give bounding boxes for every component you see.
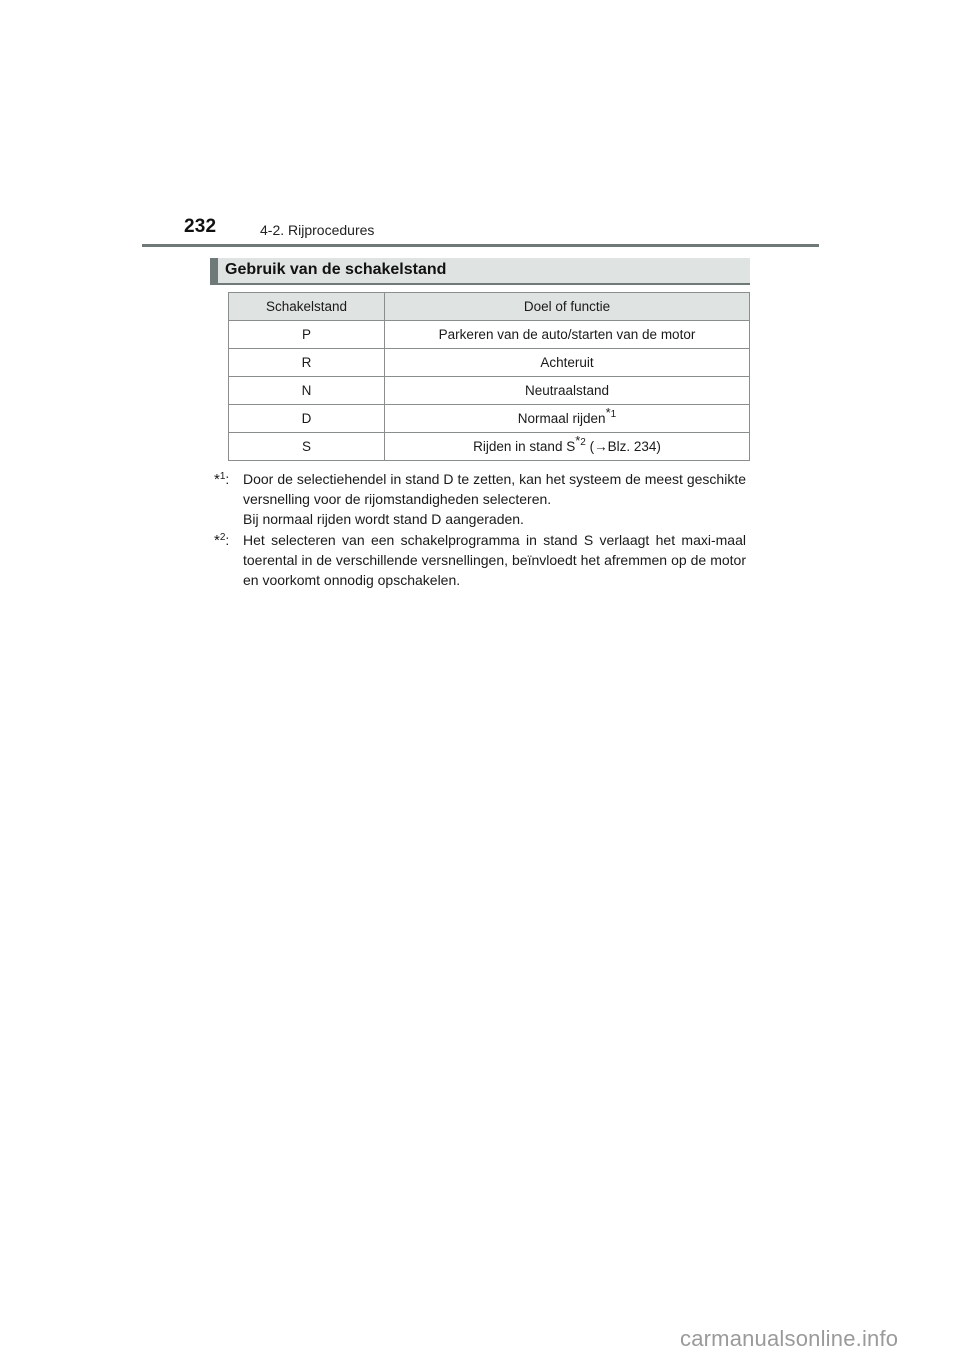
function-text: Neutraalstand xyxy=(525,383,609,398)
shift-position-cell: P xyxy=(229,321,385,349)
table-row: SRijden in stand S*2 (→Blz. 234) xyxy=(229,433,750,461)
shift-position-cell: R xyxy=(229,349,385,377)
header-divider xyxy=(142,244,819,247)
column-header-function: Doel of functie xyxy=(385,293,750,321)
function-text: Normaal rijden xyxy=(518,411,606,426)
shift-position-cell: D xyxy=(229,405,385,433)
footnote-text: Door de selectiehendel in stand D te zet… xyxy=(243,469,746,509)
watermark-link[interactable]: carmanualsonline.info xyxy=(680,1326,898,1352)
footnote-marker: *2: xyxy=(214,530,229,551)
page-reference: (→Blz. 234) xyxy=(586,439,661,454)
function-cell: Neutraalstand xyxy=(385,377,750,405)
table-header-row: Schakelstand Doel of functie xyxy=(229,293,750,321)
function-text: Achteruit xyxy=(540,355,593,370)
table-row: NNeutraalstand xyxy=(229,377,750,405)
function-cell: Parkeren van de auto/starten van de moto… xyxy=(385,321,750,349)
footnote-text: Het selecteren van een schakelprogramma … xyxy=(243,530,746,590)
shift-position-cell: N xyxy=(229,377,385,405)
footnote-1: *1: Door de selectiehendel in stand D te… xyxy=(214,469,746,529)
section-heading-bar: Gebruik van de schakelstand xyxy=(210,258,750,285)
table-row: RAchteruit xyxy=(229,349,750,377)
footnote-text: Bij normaal rijden wordt stand D aangera… xyxy=(243,509,746,529)
table-row: PParkeren van de auto/starten van de mot… xyxy=(229,321,750,349)
column-header-position: Schakelstand xyxy=(229,293,385,321)
table-row: DNormaal rijden*1 xyxy=(229,405,750,433)
function-text: Parkeren van de auto/starten van de moto… xyxy=(439,327,696,342)
footnote-marker: *1: xyxy=(214,469,229,490)
footnote-reference: *2 xyxy=(575,437,586,448)
footnote-2: *2: Het selecteren van een schakelprogra… xyxy=(214,530,746,590)
function-cell: Rijden in stand S*2 (→Blz. 234) xyxy=(385,433,750,461)
heading-accent-bar xyxy=(210,258,218,285)
function-cell: Normaal rijden*1 xyxy=(385,405,750,433)
footnote-reference: *1 xyxy=(606,409,617,420)
function-cell: Achteruit xyxy=(385,349,750,377)
section-heading: Gebruik van de schakelstand xyxy=(225,261,446,279)
page-number: 232 xyxy=(184,216,216,238)
shift-position-table: Schakelstand Doel of functie PParkeren v… xyxy=(228,292,750,461)
function-text: Rijden in stand S xyxy=(473,439,575,454)
shift-position-cell: S xyxy=(229,433,385,461)
section-label: 4-2. Rijprocedures xyxy=(260,222,374,238)
